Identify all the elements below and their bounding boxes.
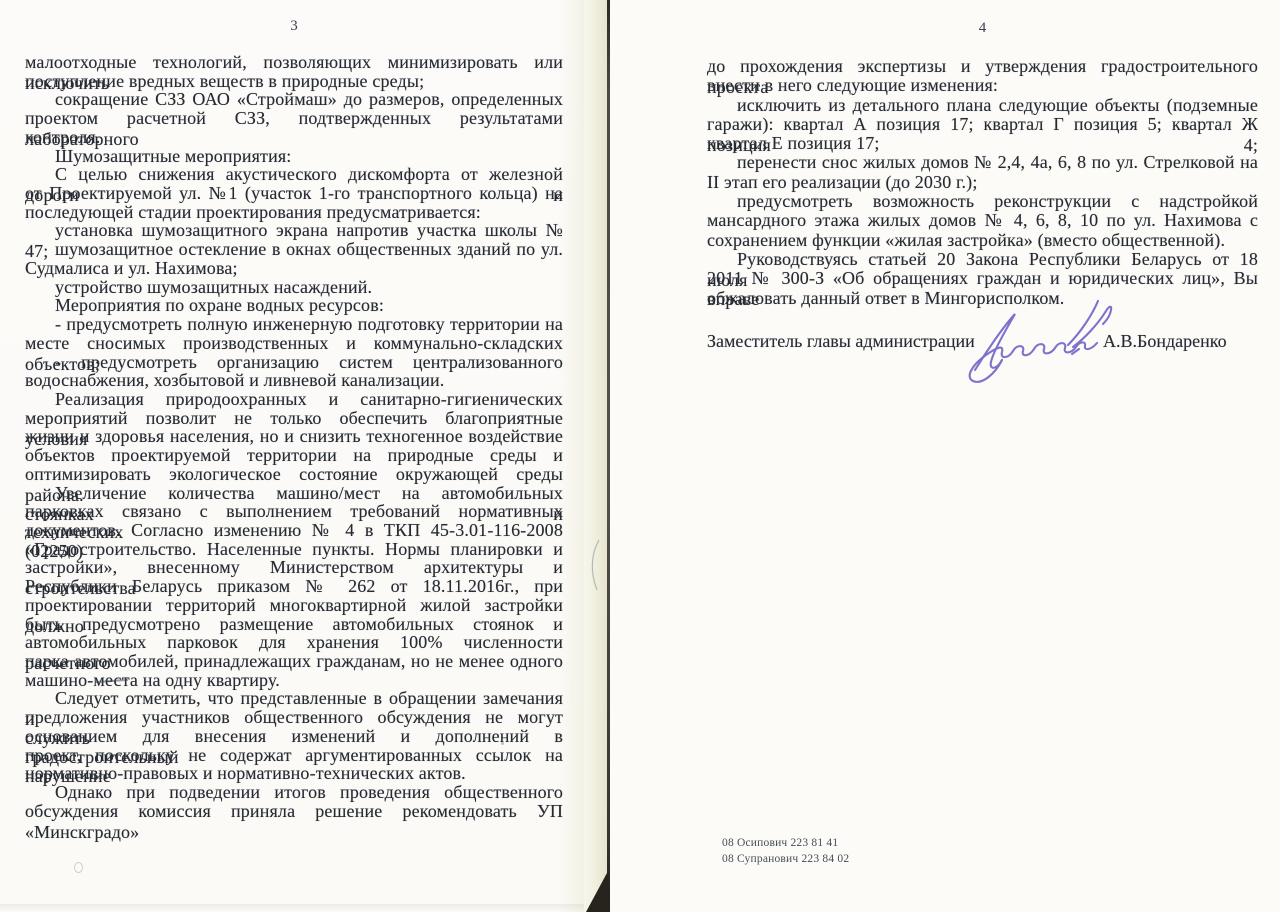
text-line: нормативно-правовых и нормативно-техниче… xyxy=(25,763,563,782)
text-line: Однако при подведении итогов проведения … xyxy=(25,782,563,801)
text-line: шумозащитное остекление в окнах обществе… xyxy=(25,239,563,258)
text-line: до прохождения экспертизы и утверждения … xyxy=(707,56,1258,75)
text-line: машино-места на одну квартиру. xyxy=(25,670,563,689)
text-line: от Проектируемой ул. №1 (участок 1-го тр… xyxy=(25,183,563,202)
text-line: быть предусмотрено размещение автомобиль… xyxy=(25,614,563,633)
text-line: Реализация природоохранных и санитарно-г… xyxy=(25,389,563,408)
text-line: «Градостроительство. Населенные пункты. … xyxy=(25,539,563,558)
text-line: предложения участников общественного обс… xyxy=(25,707,563,726)
text-line: оптимизировать экологическое состояние о… xyxy=(25,464,563,483)
text-line: Судмалиса и ул. Нахимова; xyxy=(25,258,563,277)
text-line: мансардного этажа жилых домов № 4, 6, 8,… xyxy=(707,210,1258,229)
text-line: Увеличение количества машино/мест на авт… xyxy=(25,483,563,502)
book-gutter xyxy=(584,0,607,912)
text-line: Мероприятия по охране водных ресурсов: xyxy=(25,295,563,314)
text-line: гаражи): квартал А позиция 17; квартал Г… xyxy=(707,114,1258,133)
text-line: 2011 № 300-З «Об обращениях граждан и юр… xyxy=(707,268,1258,287)
page-number-right: 4 xyxy=(707,20,1258,37)
text-line: внести в него следующие изменения: xyxy=(707,75,1258,94)
text-line: исключить из детального плана следующие … xyxy=(707,95,1258,114)
dot-artifact xyxy=(501,742,504,745)
text-line: жизни и здоровья населения, но и снизить… xyxy=(25,426,563,445)
text-line: перенести снос жилых домов № 2,4, 4а, 6,… xyxy=(707,152,1258,171)
text-line: парковках связано с выполнением требован… xyxy=(25,501,563,520)
page-bottom-edge xyxy=(0,904,584,912)
footer-contacts: 08 Осипович 223 81 41 08 Супранович 223 … xyxy=(722,836,849,867)
text-line: проектом расчетной СЗЗ, подтвержденных р… xyxy=(25,108,563,127)
text-line: II этап его реализации (до 2030 г.); xyxy=(707,172,1258,191)
text-line: устройство шумозащитных насаждений. xyxy=(25,277,563,296)
text-line: Следует отметить, что представленные в о… xyxy=(25,688,563,707)
page-4-body: до прохождения экспертизы и утверждения … xyxy=(707,56,1258,307)
text-line: застройки», внесенному Министерством арх… xyxy=(25,557,563,576)
text-line: парка автомобилей, принадлежащих граждан… xyxy=(25,651,563,670)
text-line: месте сносимых производственных и коммун… xyxy=(25,333,563,352)
text-line: мероприятий позволит не только обеспечит… xyxy=(25,408,563,427)
signature-title: Заместитель главы администрации xyxy=(707,331,975,352)
ring-artifact xyxy=(74,862,83,873)
text-line: основанием для внесения изменений и допо… xyxy=(25,726,563,745)
text-line: предусмотреть возможность реконструкции … xyxy=(707,191,1258,210)
text-line: поступление вредных веществ в природные … xyxy=(25,71,563,90)
text-line: - предусмотреть организацию систем центр… xyxy=(25,352,563,371)
text-line: обсуждения комиссия приняла решение реко… xyxy=(25,801,563,820)
footer-line: 08 Супранович 223 84 02 xyxy=(722,852,849,868)
text-line: проектировании территорий многоквартирно… xyxy=(25,595,563,614)
text-line: установка шумозащитного экрана напротив … xyxy=(25,220,563,239)
signature-name: А.В.Бондаренко xyxy=(1103,331,1227,352)
text-line: водоснабжения, хозбытовой и ливневой кан… xyxy=(25,370,563,389)
page-3-body: малоотходные технологий, позволяющих мин… xyxy=(25,52,563,819)
text-line: сохранением функции «жилая застройка» (в… xyxy=(707,230,1258,249)
page-number-left: 3 xyxy=(25,18,563,35)
text-line: автомобильных парковок для хранения 100%… xyxy=(25,632,563,651)
scratch-artifact xyxy=(588,538,602,592)
text-line: Шумозащитные мероприятия: xyxy=(25,146,563,165)
text-line: - предусмотреть полную инженерную подгот… xyxy=(25,314,563,333)
text-line: Руководствуясь статьей 20 Закона Республ… xyxy=(707,249,1258,268)
text-line: объектов проектируемой территории на при… xyxy=(25,445,563,464)
text-line: проект, поскольку не содержат аргументир… xyxy=(25,745,563,764)
text-line: малоотходные технологий, позволяющих мин… xyxy=(25,52,563,71)
text-line: С целью снижения акустического дискомфор… xyxy=(25,164,563,183)
text-line: Республики Беларусь приказом № 262 от 18… xyxy=(25,576,563,595)
text-line: сокращение СЗЗ ОАО «Строймаш» до размеро… xyxy=(25,89,563,108)
text-line: документов. Согласно изменению № 4 в ТКП… xyxy=(25,520,563,539)
footer-line: 08 Осипович 223 81 41 xyxy=(722,836,849,852)
